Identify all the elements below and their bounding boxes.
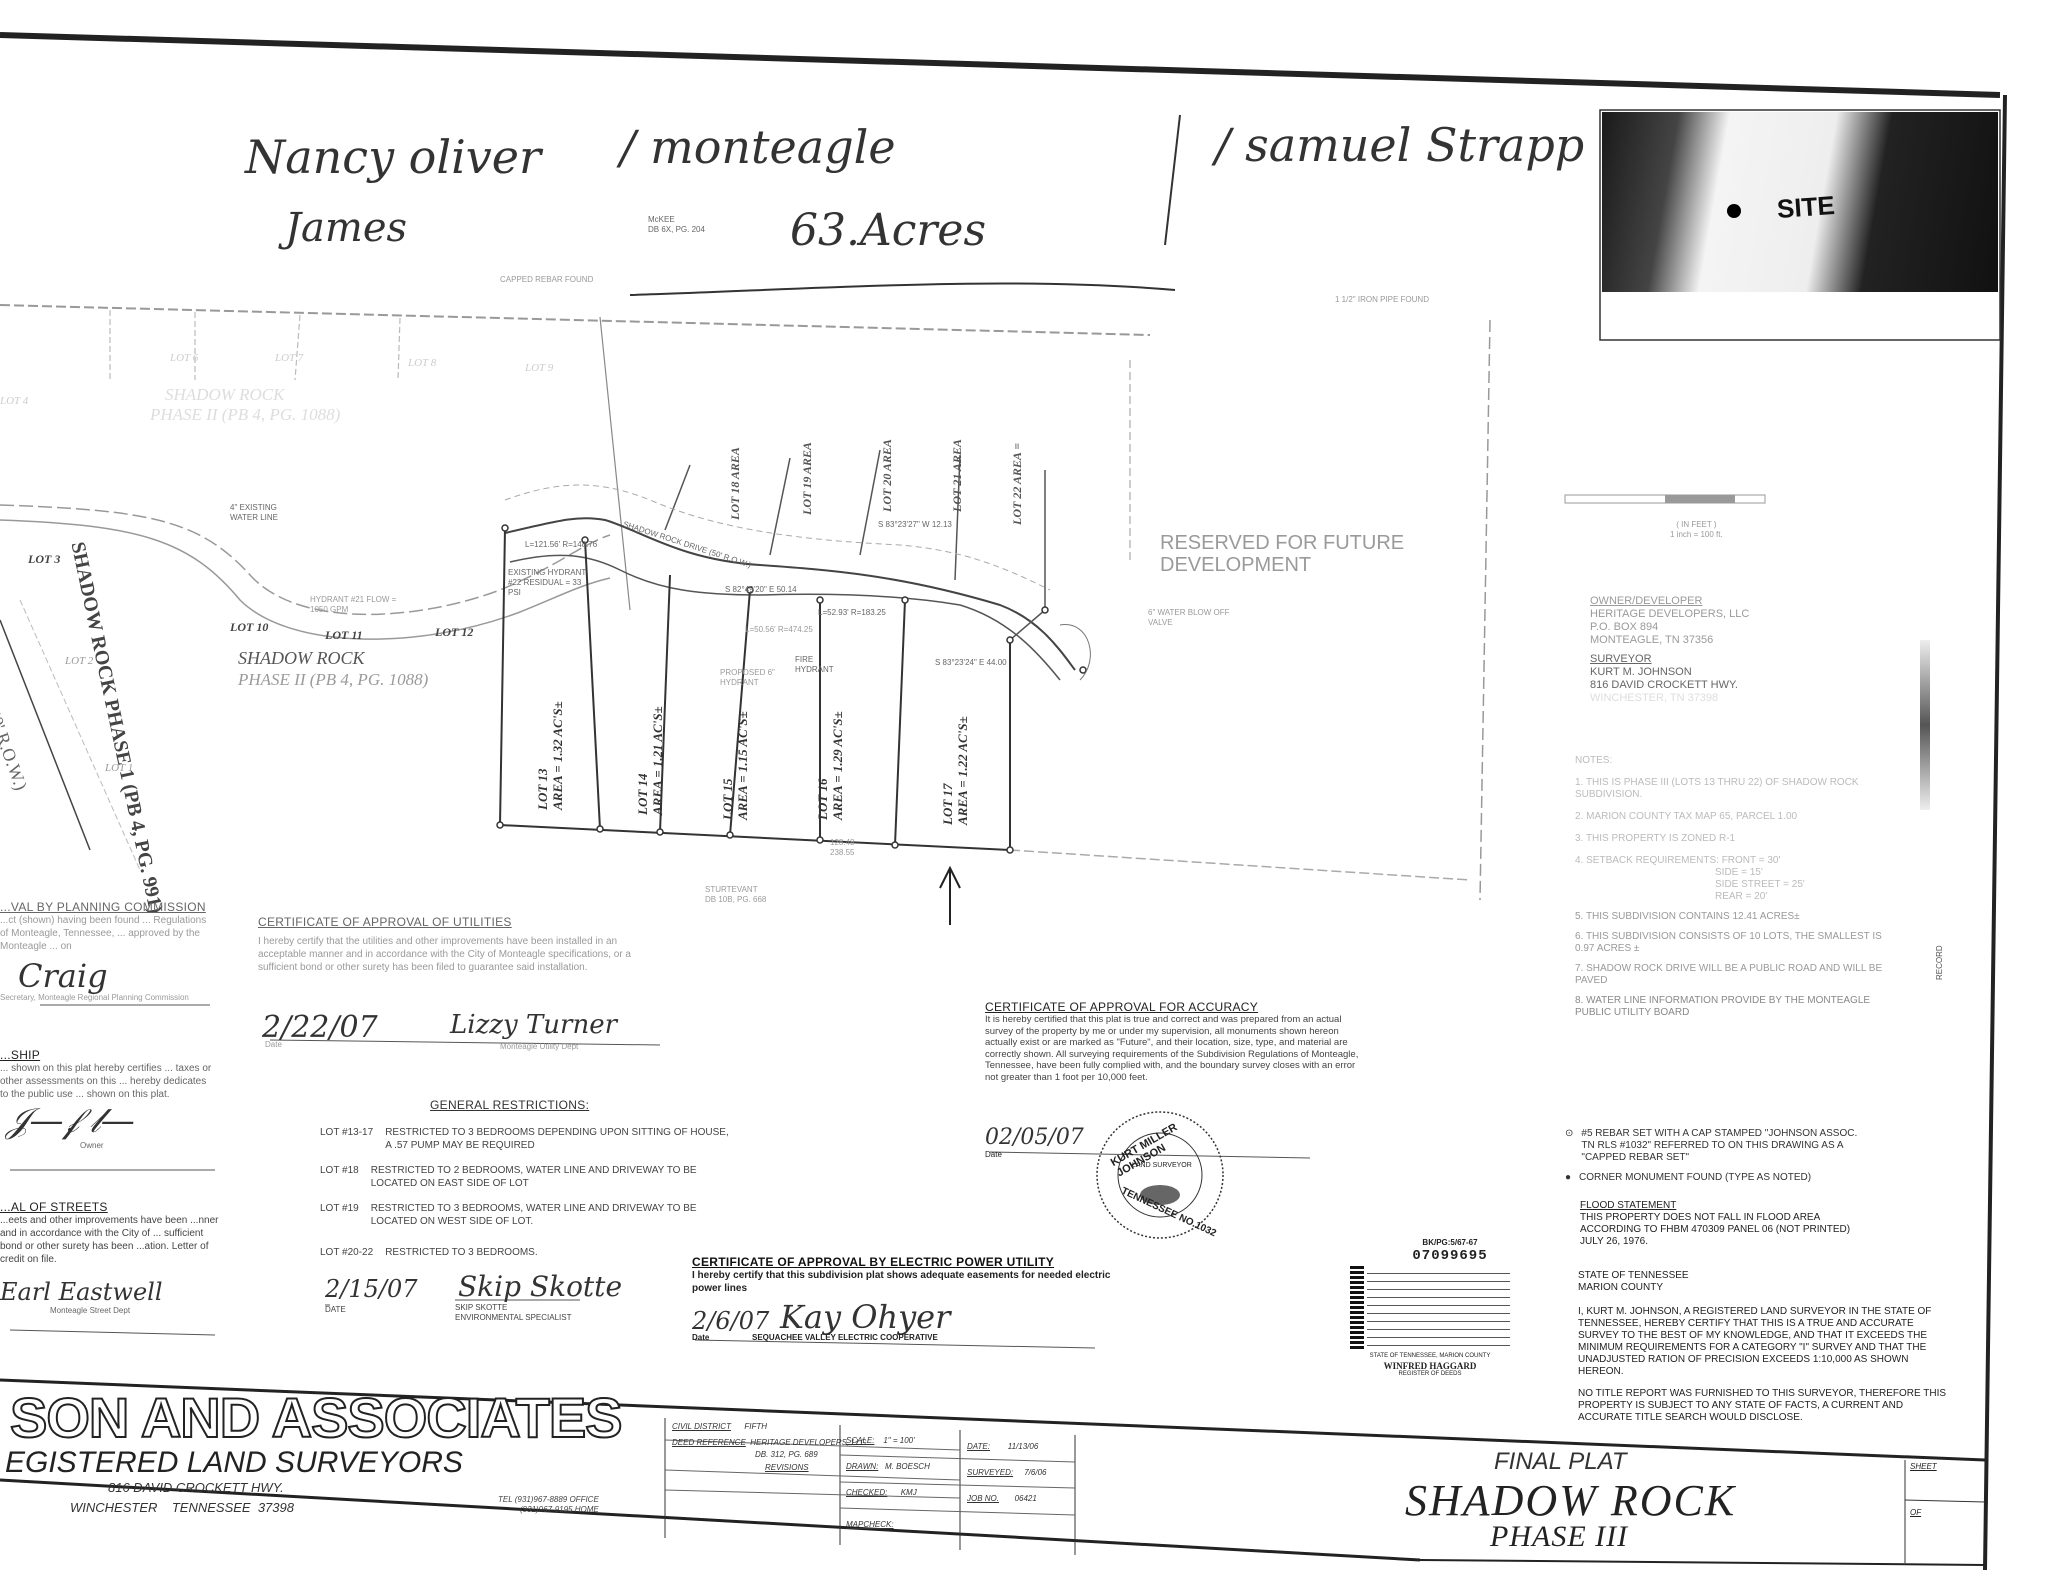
- existing-lot-label: LOT 11: [325, 628, 363, 643]
- monument-found-icon: ●: [1565, 1172, 1571, 1184]
- project-name: SHADOW ROCK: [1405, 1475, 1736, 1526]
- streets-certificate: ...AL OF STREETS ...eets and other impro…: [0, 1200, 220, 1316]
- legend-rebar: ⊙#5 REBAR SET WITH A CAP STAMPED "JOHNSO…: [1565, 1128, 1865, 1164]
- surveyed-field: SURVEYED: 7/6/06: [967, 1468, 1046, 1478]
- restriction-item: LOT #13-17RESTRICTED TO 3 BEDROOMS DEPEN…: [320, 1126, 730, 1152]
- deed-reference: DEED REFERENCE HERITAGE DEVELOPERS, LLC: [672, 1438, 866, 1448]
- existing-lot-label: LOT 1: [105, 762, 133, 774]
- bearing-label: L=52.93' R=183.25: [818, 608, 886, 618]
- existing-water-line-label: 4" EXISTING WATER LINE: [230, 503, 300, 523]
- restriction-item: LOT #19RESTRICTED TO 3 BEDROOMS, WATER L…: [320, 1202, 730, 1228]
- streets-signature: Earl Eastwell: [0, 1278, 220, 1306]
- bearing-label: S 82°49'20" E 50.14: [725, 585, 797, 595]
- existing-lot-label: LOT 4: [0, 395, 28, 407]
- legend-block: ⊙#5 REBAR SET WITH A CAP STAMPED "JOHNSO…: [1565, 1128, 1865, 1184]
- bearing-label: 238.55: [830, 848, 854, 858]
- utilities-signature: Lizzy Turner: [450, 1010, 617, 1040]
- existing-lot-label: LOT 9: [525, 362, 553, 374]
- mapcheck-field: MAPCHECK:: [846, 1520, 894, 1530]
- north-lot-label: LOT 20 AREA: [880, 439, 895, 512]
- capped-rebar-label: CAPPED REBAR FOUND: [500, 275, 593, 285]
- phase2-label-b: PHASE II (PB 4, PG. 1088): [238, 670, 428, 690]
- notes-block: NOTES: 1. THIS IS PHASE III (LOTS 13 THR…: [1575, 755, 1895, 1019]
- lot-16-label: LOT 16AREA = 1.29 AC'S±: [815, 711, 845, 820]
- vicinity-map: SITE: [1602, 112, 1998, 292]
- existing-lot-label: LOT 12: [435, 625, 473, 640]
- restrictions-signer: SKIP SKOTTE ENVIRONMENTAL SPECIALIST: [455, 1303, 571, 1323]
- existing-lot-label: LOT 3: [28, 552, 60, 567]
- sheet-label: SHEET: [1910, 1462, 1937, 1472]
- vicinity-site-label: SITE: [1776, 190, 1836, 225]
- phase2-label-a: SHADOW ROCK: [238, 648, 365, 669]
- bearing-label: 128.48: [830, 838, 854, 848]
- flood-statement: FLOOD STATEMENT THIS PROPERTY DOES NOT F…: [1580, 1200, 1860, 1248]
- record-label: RECORD: [1935, 945, 1945, 980]
- fire-hydrant-label: FIRE HYDRANT: [795, 655, 845, 675]
- checked-field: CHECKED: KMJ: [846, 1488, 917, 1498]
- job-field: JOB NO. 06421: [967, 1494, 1037, 1504]
- restriction-item: LOT #18RESTRICTED TO 2 BEDROOMS, WATER L…: [320, 1164, 730, 1190]
- phase2-faint-a: SHADOW ROCK: [165, 385, 284, 405]
- existing-lot-label: LOT 6: [170, 352, 198, 364]
- north-lot-label: LOT 18 AREA: [728, 447, 743, 520]
- site-marker-icon: [1727, 204, 1741, 218]
- sheet-of-label: OF: [1910, 1508, 1921, 1518]
- existing-lot-label: LOT 7: [275, 352, 303, 364]
- drawn-field: DRAWN: M. BOESCH: [846, 1462, 930, 1472]
- phase2-faint-b: PHASE II (PB 4, PG. 1088): [150, 405, 340, 425]
- revisions-label: REVISIONS: [765, 1463, 809, 1473]
- note-item: 1. THIS IS PHASE III (LOTS 13 THRU 22) O…: [1575, 777, 1895, 801]
- note-item: 8. WATER LINE INFORMATION PROVIDE BY THE…: [1575, 995, 1895, 1019]
- electric-signature: Kay Ohyer: [780, 1298, 950, 1336]
- general-restrictions: GENERAL RESTRICTIONS: LOT #13-17RESTRICT…: [320, 1098, 730, 1259]
- existing-lot-label: LOT 8: [408, 357, 436, 369]
- surveyor-seal: KURT MILLER JOHNSON TENNESSEE NO.1032 LA…: [1097, 1112, 1223, 1238]
- rebar-set-icon: ⊙: [1565, 1128, 1573, 1164]
- north-lot-label: LOT 21 AREA: [950, 439, 965, 512]
- note-item: 6. THIS SUBDIVISION CONSISTS OF 10 LOTS,…: [1575, 931, 1895, 955]
- hydrant-21-label: HYDRANT #21 FLOW = 1050 GPM: [310, 595, 400, 615]
- deed-reference-book: DB. 312, PG. 689: [755, 1450, 818, 1460]
- accuracy-date-label: Date: [985, 1150, 1002, 1160]
- lot-15-label: LOT 15AREA = 1.15 AC'S±: [720, 711, 750, 820]
- barcode-icon: [1350, 1266, 1364, 1351]
- hydrant-22-label: EXISTING HYDRANT #22 RESIDUAL = 33 PSI: [508, 568, 588, 598]
- accuracy-date: 02/05/07: [985, 1125, 1084, 1150]
- bearing-label: S 83°23'24" E 44.00: [935, 658, 1007, 668]
- iron-pipe-label: 1 1/2" IRON PIPE FOUND: [1335, 295, 1429, 305]
- scan-artifact: [1920, 640, 1930, 810]
- civil-district: CIVIL DISTRICT FIFTH: [672, 1422, 767, 1432]
- restrictions-signature: Skip Skotte: [458, 1270, 622, 1303]
- owner-signature: 𝒥—𝒻 𝓁—: [6, 1101, 215, 1141]
- handwritten-acres: 63.Acres: [790, 205, 986, 256]
- note-item: 7. SHADOW ROCK DRIVE WILL BE A PUBLIC RO…: [1575, 963, 1895, 987]
- handwritten-name-2: / samuel Strapp: [1215, 118, 1584, 172]
- utilities-signer: Monteagle Utility Dept: [500, 1042, 578, 1052]
- note-item: 3. THIS PROPERTY IS ZONED R-1: [1575, 833, 1895, 845]
- owner-block: OWNER/DEVELOPER HERITAGE DEVELOPERS, LLC…: [1590, 595, 1749, 705]
- ownership-certificate: ...SHIP ... shown on this plat hereby ce…: [0, 1048, 215, 1151]
- lot-13-label: LOT 13AREA = 1.32 AC'S±: [535, 701, 565, 810]
- project-phase: PHASE III: [1490, 1520, 1628, 1554]
- restrictions-date: 2/15/07: [325, 1275, 418, 1303]
- electric-certificate: CERTIFICATE OF APPROVAL BY ELECTRIC POWE…: [692, 1255, 1112, 1295]
- scale-field: SCALE: 1" = 100': [846, 1436, 915, 1446]
- north-lot-label: LOT 19 AREA: [800, 442, 815, 515]
- company-subtitle: EGISTERED LAND SURVEYORS: [5, 1446, 463, 1480]
- date-field: DATE: 11/13/06: [967, 1442, 1038, 1452]
- utilities-certificate: CERTIFICATE OF APPROVAL OF UTILITIES I h…: [258, 915, 658, 974]
- note-item: 4. SETBACK REQUIREMENTS: FRONT = 30' SID…: [1575, 855, 1895, 903]
- bearing-label: L=50.56' R=474.25: [745, 625, 813, 635]
- existing-lot-label: LOT 10: [230, 620, 268, 635]
- blow-off-valve-label: 6" WATER BLOW OFF VALVE: [1148, 608, 1238, 628]
- bearing-label: S 83°23'27" W 12.13: [878, 520, 952, 530]
- legend-monument: ●CORNER MONUMENT FOUND (TYPE AS NOTED): [1565, 1172, 1865, 1184]
- planning-signature: Craig: [18, 957, 215, 995]
- existing-lot-label: LOT 2: [65, 655, 93, 667]
- surveyor-certification: STATE OF TENNESSEE MARION COUNTY I, KURT…: [1578, 1270, 1948, 1424]
- scale-caption: ( IN FEET ) 1 inch = 100 ft.: [1670, 520, 1723, 540]
- handwritten-location: / monteagle: [620, 120, 896, 174]
- restriction-item: LOT #20-22RESTRICTED TO 3 BEDROOMS.: [320, 1246, 730, 1259]
- recording-stamp: BK/PG:5/67-67 07099695 STATE OF TENNESSE…: [1350, 1238, 1510, 1377]
- handwritten-name-1: Nancy oliver: [245, 130, 541, 184]
- lot-14-label: LOT 14AREA = 1.21 AC'S±: [635, 706, 665, 815]
- utilities-date-label: Date: [265, 1040, 282, 1050]
- reserved-area-label: RESERVED FOR FUTURE DEVELOPMENT: [1160, 532, 1420, 576]
- company-address: 816 DAVID CROCKETT HWY.: [108, 1480, 284, 1495]
- fee-table: [1367, 1266, 1510, 1351]
- restrictions-date-label: DATE: [325, 1305, 346, 1315]
- note-item: 5. THIS SUBDIVISION CONTAINS 12.41 ACRES…: [1575, 911, 1895, 923]
- adjacent-owner-north: McKEE DB 6X, PG. 204: [648, 215, 705, 235]
- adjacent-owner-south: STURTEVANT DB 10B, PG. 668: [705, 885, 766, 905]
- company-name: SON AND ASSOCIATES: [10, 1385, 622, 1450]
- plat-type: FINAL PLAT: [1494, 1448, 1627, 1476]
- note-item: 2. MARION COUNTY TAX MAP 65, PARCEL 1.00: [1575, 811, 1895, 823]
- electric-date: 2/6/07: [692, 1307, 769, 1335]
- company-city: WINCHESTER TENNESSEE 37398: [70, 1500, 294, 1515]
- lot-17-label: LOT 17AREA = 1.22 AC'S±: [940, 716, 970, 825]
- accuracy-certificate: CERTIFICATE OF APPROVAL FOR ACCURACY It …: [985, 1000, 1365, 1083]
- bearing-label: L=121.56' R=148.76: [525, 540, 597, 550]
- north-lot-label: LOT 22 AREA =: [1010, 443, 1025, 525]
- company-phone: TEL (931)967-8889 OFFICE (931)967-9195 H…: [498, 1495, 599, 1515]
- handwritten-name-3: James: [285, 205, 407, 251]
- proposed-hydrant-label: PROPOSED 6" HYDRANT: [720, 668, 790, 688]
- planning-commission-certificate: ...VAL BY PLANNING COMMISSION ...ct (sho…: [0, 900, 215, 1003]
- electric-date-label: Date: [692, 1333, 709, 1343]
- electric-signer: SEQUACHEE VALLEY ELECTRIC COOPERATIVE: [752, 1333, 938, 1343]
